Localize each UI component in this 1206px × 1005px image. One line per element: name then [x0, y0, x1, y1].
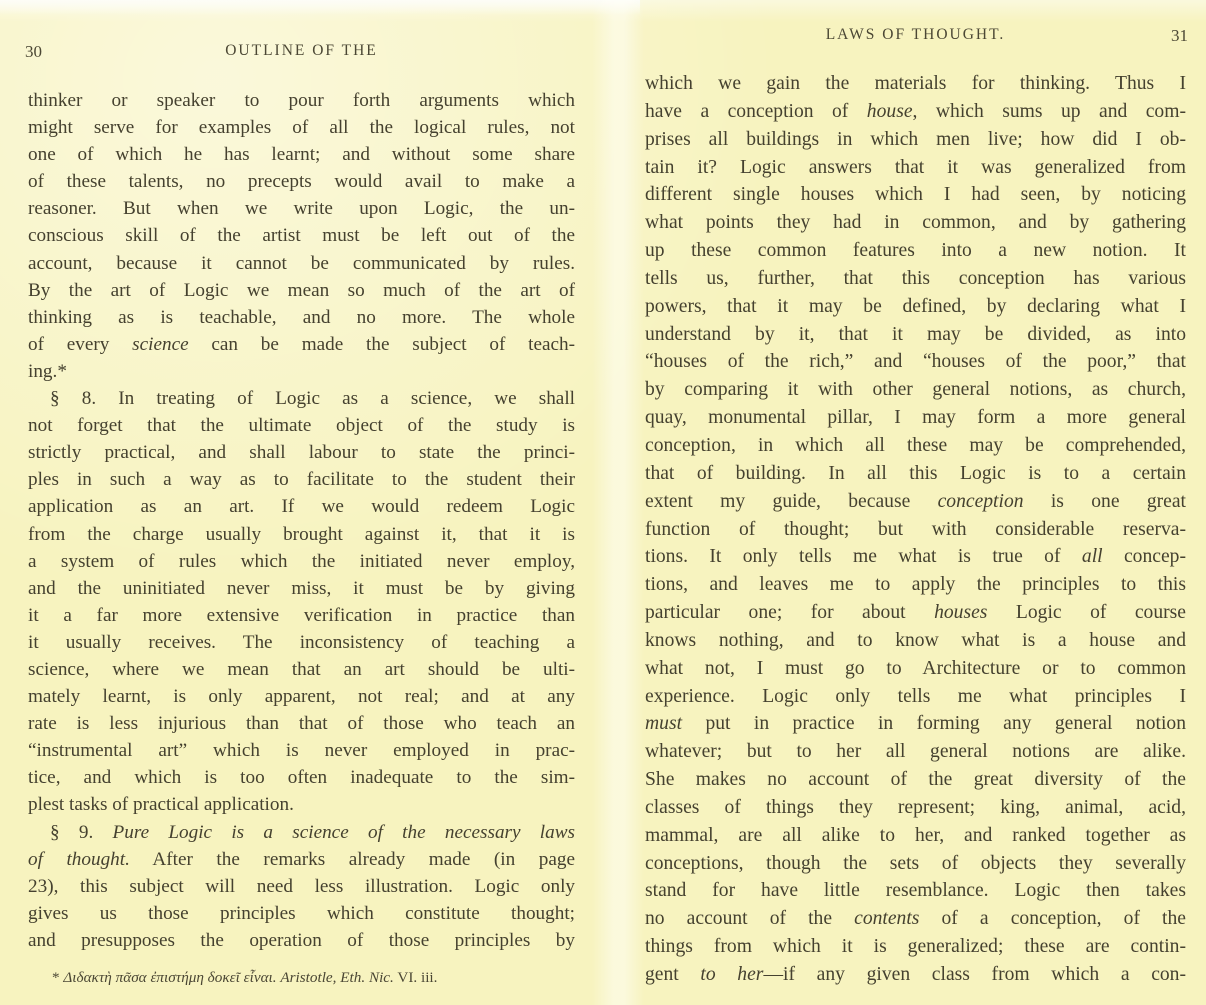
- text-line: thinker or speaker to pour forth argumen…: [28, 87, 575, 114]
- text-run: have a conception of: [645, 101, 867, 122]
- text-line: it usually receives. The inconsistency o…: [28, 629, 575, 656]
- text-run: of every: [28, 334, 132, 355]
- text-line: which we gain the materials for thinking…: [645, 70, 1186, 98]
- left-page: 30 OUTLINE OF THE thinker or speaker to …: [28, 0, 575, 1005]
- text-line: conscious skill of the artist must be le…: [28, 222, 575, 249]
- text-line: function of thought; but with considerab…: [645, 516, 1186, 544]
- italic-text-run: to her: [700, 964, 763, 985]
- text-line: strictly practical, and shall labour to …: [28, 439, 575, 466]
- italic-text-run: science: [132, 334, 188, 355]
- text-line: science, where we mean that an art shoul…: [28, 656, 575, 683]
- right-page-body: which we gain the materials for thinking…: [645, 70, 1186, 989]
- italic-text-run: must: [645, 713, 682, 734]
- text-line: powers, that it may be defined, by decla…: [645, 293, 1186, 321]
- text-run: of a conception, of the: [919, 908, 1186, 929]
- text-run: “houses of the rich,” and “houses of the…: [645, 351, 1186, 372]
- text-line: extent my guide, because conception is o…: [645, 488, 1186, 516]
- text-line: a system of rules which the initiated ne…: [28, 548, 575, 575]
- text-run: , which sums up and com-: [913, 101, 1186, 122]
- text-line: ing.*: [28, 358, 575, 385]
- text-line: one of which he has learnt; and without …: [28, 141, 575, 168]
- text-run: from the charge usually brought against …: [28, 524, 575, 545]
- text-run: that of building. In all this Logic is t…: [645, 463, 1186, 484]
- text-run: up these common features into a new noti…: [645, 240, 1186, 261]
- italic-text-run: Διδακτὴ πᾶσα ἐπιστήμη δοκεῖ εἶναι.: [63, 969, 276, 986]
- text-run: She makes no account of the great divers…: [645, 769, 1186, 790]
- footnote: * Διδακτὴ πᾶσα ἐπιστήμη δοκεῖ εἶναι. Ari…: [28, 969, 569, 987]
- text-line: § 8. In treating of Logic as a science, …: [28, 385, 575, 412]
- text-line: gent to her—if any given class from whic…: [645, 961, 1186, 989]
- text-line: She makes no account of the great divers…: [645, 766, 1186, 794]
- italic-text-run: Pure Logic is a science of the necessary…: [113, 822, 575, 843]
- text-line: tells us, further, that this conception …: [645, 265, 1186, 293]
- text-run: what not, I must go to Architecture or t…: [645, 658, 1186, 679]
- text-line: prises all buildings in which men live; …: [645, 126, 1186, 154]
- text-run: Logic of course: [987, 602, 1186, 623]
- text-line: “instrumental art” which is never employ…: [28, 737, 575, 764]
- text-run: gives us those principles which constitu…: [28, 903, 575, 924]
- text-line: tions, and leaves me to apply the princi…: [645, 571, 1186, 599]
- text-line: classes of things they represent; king, …: [645, 794, 1186, 822]
- italic-text-run: contents: [854, 908, 919, 929]
- text-line: what not, I must go to Architecture or t…: [645, 655, 1186, 683]
- text-line: of these talents, no precepts would avai…: [28, 168, 575, 195]
- text-run: quay, monumental pillar, I may form a mo…: [645, 407, 1186, 428]
- text-line: reasoner. But when we write upon Logic, …: [28, 195, 575, 222]
- left-page-header: 30 OUTLINE OF THE: [28, 42, 575, 60]
- text-run: extent my guide, because: [645, 491, 938, 512]
- text-run: stand for have little resemblance. Logic…: [645, 880, 1186, 901]
- text-run: particular one; for about: [645, 602, 934, 623]
- text-run: tain it? Logic answers that it was gener…: [645, 157, 1186, 178]
- text-run: things from which it is generalized; the…: [645, 936, 1186, 957]
- italic-text-run: conception: [938, 491, 1024, 512]
- text-run: After the remarks already made (in page: [130, 849, 575, 870]
- text-run: powers, that it may be defined, by decla…: [645, 296, 1186, 317]
- text-run: experience. Logic only tells me what pri…: [645, 686, 1186, 707]
- text-run: it usually receives. The inconsistency o…: [28, 632, 575, 653]
- text-line: by comparing it with other general notio…: [645, 376, 1186, 404]
- text-run: science, where we mean that an art shoul…: [28, 659, 575, 680]
- text-line: of thought. After the remarks already ma…: [28, 846, 575, 873]
- page-number-right: 31: [1171, 26, 1188, 46]
- text-line: must put in practice in forming any gene…: [645, 710, 1186, 738]
- text-line: particular one; for about houses Logic o…: [645, 599, 1186, 627]
- text-run: one of which he has learnt; and without …: [28, 144, 575, 165]
- text-line: experience. Logic only tells me what pri…: [645, 683, 1186, 711]
- text-line: from the charge usually brought against …: [28, 521, 575, 548]
- text-run: tells us, further, that this conception …: [645, 268, 1186, 289]
- text-run: which we gain the materials for thinking…: [645, 73, 1186, 94]
- text-line: not forget that the ultimate object of t…: [28, 412, 575, 439]
- text-line: mammal, are all alike to her, and ranked…: [645, 822, 1186, 850]
- text-run: classes of things they represent; king, …: [645, 797, 1186, 818]
- text-run: a system of rules which the initiated ne…: [28, 551, 575, 572]
- text-line: things from which it is generalized; the…: [645, 933, 1186, 961]
- text-line: stand for have little resemblance. Logic…: [645, 877, 1186, 905]
- text-run: concep-: [1103, 546, 1186, 567]
- text-run: is one great: [1024, 491, 1186, 512]
- right-page: LAWS OF THOUGHT. 31 which we gain the ma…: [645, 0, 1186, 1005]
- page-gutter: [592, 0, 644, 1005]
- right-page-header: LAWS OF THOUGHT. 31: [645, 26, 1186, 44]
- running-title-right: LAWS OF THOUGHT.: [826, 26, 1006, 43]
- text-line: tions. It only tells me what is true of …: [645, 543, 1186, 571]
- text-run: of these talents, no precepts would avai…: [28, 171, 575, 192]
- text-line: and the uninitiated never miss, it must …: [28, 575, 575, 602]
- text-run: thinking as is teachable, and no more. T…: [28, 307, 575, 328]
- text-run: can be made the subject of teach-: [189, 334, 575, 355]
- text-line: application as an art. If we would redee…: [28, 493, 575, 520]
- text-run: might serve for examples of all the logi…: [28, 117, 575, 138]
- italic-text-run: Aristotle, Eth. Nic.: [280, 969, 393, 986]
- italic-text-run: all: [1082, 546, 1103, 567]
- text-run: “instrumental art” which is never employ…: [28, 740, 575, 761]
- text-line: might serve for examples of all the logi…: [28, 114, 575, 141]
- text-run: by comparing it with other general notio…: [645, 379, 1186, 400]
- text-run: 23), this subject will need less illustr…: [28, 876, 575, 897]
- text-run: reasoner. But when we write upon Logic, …: [28, 198, 575, 219]
- text-run: prises all buildings in which men live; …: [645, 129, 1186, 150]
- text-line: what points they had in common, and by g…: [645, 209, 1186, 237]
- text-run: strictly practical, and shall labour to …: [28, 442, 575, 463]
- text-run: conscious skill of the artist must be le…: [28, 225, 575, 246]
- text-run: not forget that the ultimate object of t…: [28, 415, 575, 436]
- text-run: understand by it, that it may be divided…: [645, 324, 1186, 345]
- text-run: what points they had in common, and by g…: [645, 212, 1186, 233]
- text-run: different single houses which I had seen…: [645, 184, 1186, 205]
- text-line: quay, monumental pillar, I may form a mo…: [645, 404, 1186, 432]
- text-run: rate is less injurious than that of thos…: [28, 713, 575, 734]
- text-run: By the art of Logic we mean so much of t…: [28, 280, 575, 301]
- text-line: conception, in which all these may be co…: [645, 432, 1186, 460]
- text-run: tions, and leaves me to apply the princi…: [645, 574, 1186, 595]
- text-run: § 9.: [50, 822, 113, 843]
- text-run: ing.*: [28, 361, 67, 382]
- text-run: whatever; but to her all general notions…: [645, 741, 1186, 762]
- page-number-left: 30: [25, 42, 42, 62]
- text-line: thinking as is teachable, and no more. T…: [28, 304, 575, 331]
- italic-text-run: houses: [934, 602, 987, 623]
- text-run: plest tasks of practical application.: [28, 794, 294, 815]
- text-line: and presupposes the operation of those p…: [28, 927, 575, 954]
- italic-text-run: house: [867, 101, 913, 122]
- text-line: § 9. Pure Logic is a science of the nece…: [28, 819, 575, 846]
- text-line: conceptions, though the sets of objects …: [645, 850, 1186, 878]
- running-title-left: OUTLINE OF THE: [225, 42, 378, 59]
- text-line: account, because it cannot be communicat…: [28, 250, 575, 277]
- text-run: knows nothing, and to know what is a hou…: [645, 630, 1186, 651]
- text-line: have a conception of house, which sums u…: [645, 98, 1186, 126]
- text-run: gent: [645, 964, 700, 985]
- text-run: function of thought; but with considerab…: [645, 519, 1186, 540]
- text-line: understand by it, that it may be divided…: [645, 321, 1186, 349]
- text-line: tain it? Logic answers that it was gener…: [645, 154, 1186, 182]
- text-line: it a far more extensive verification in …: [28, 602, 575, 629]
- text-run: *: [52, 969, 63, 986]
- text-line: “houses of the rich,” and “houses of the…: [645, 348, 1186, 376]
- text-run: ples in such a way as to facilitate to t…: [28, 469, 575, 490]
- text-line: plest tasks of practical application.: [28, 791, 575, 818]
- text-line: up these common features into a new noti…: [645, 237, 1186, 265]
- text-run: and the uninitiated never miss, it must …: [28, 578, 575, 599]
- text-run: account, because it cannot be communicat…: [28, 253, 575, 274]
- text-line: whatever; but to her all general notions…: [645, 738, 1186, 766]
- text-run: and presupposes the operation of those p…: [28, 930, 575, 951]
- text-run: § 8. In treating of Logic as a science, …: [50, 388, 575, 409]
- left-page-body: thinker or speaker to pour forth argumen…: [28, 87, 575, 954]
- text-run: —if any given class from which a con-: [763, 964, 1186, 985]
- text-run: tions. It only tells me what is true of: [645, 546, 1082, 567]
- text-run: thinker or speaker to pour forth argumen…: [28, 90, 575, 111]
- text-line: tice, and which is too often inadequate …: [28, 764, 575, 791]
- text-line: ples in such a way as to facilitate to t…: [28, 466, 575, 493]
- text-run: put in practice in forming any general n…: [682, 713, 1186, 734]
- text-run: conceptions, though the sets of objects …: [645, 853, 1186, 874]
- text-run: no account of the: [645, 908, 854, 929]
- text-line: 23), this subject will need less illustr…: [28, 873, 575, 900]
- text-line: no account of the contents of a concepti…: [645, 905, 1186, 933]
- text-line: of every science can be made the subject…: [28, 331, 575, 358]
- text-line: mately learnt, is only apparent, not rea…: [28, 683, 575, 710]
- text-run: conception, in which all these may be co…: [645, 435, 1186, 456]
- text-run: mammal, are all alike to her, and ranked…: [645, 825, 1186, 846]
- text-line: different single houses which I had seen…: [645, 181, 1186, 209]
- text-line: knows nothing, and to know what is a hou…: [645, 627, 1186, 655]
- text-run: tice, and which is too often inadequate …: [28, 767, 575, 788]
- text-run: mately learnt, is only apparent, not rea…: [28, 686, 575, 707]
- text-line: gives us those principles which constitu…: [28, 900, 575, 927]
- text-run: VI. iii.: [394, 969, 438, 986]
- text-line: rate is less injurious than that of thos…: [28, 710, 575, 737]
- text-line: By the art of Logic we mean so much of t…: [28, 277, 575, 304]
- text-run: it a far more extensive verification in …: [28, 605, 575, 626]
- text-run: application as an art. If we would redee…: [28, 496, 575, 517]
- text-line: that of building. In all this Logic is t…: [645, 460, 1186, 488]
- italic-text-run: of thought.: [28, 849, 130, 870]
